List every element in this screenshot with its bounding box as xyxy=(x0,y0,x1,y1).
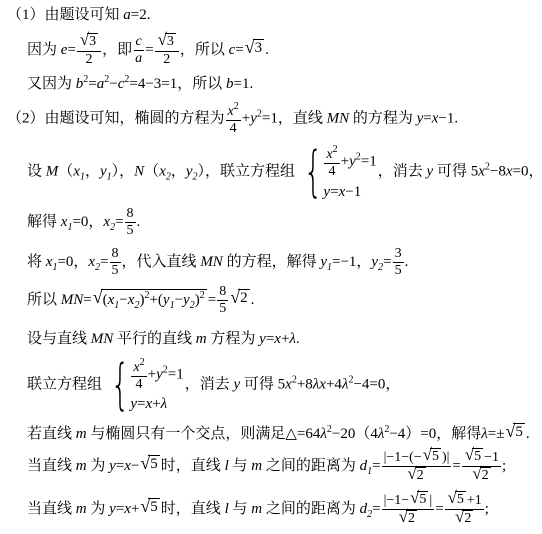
fraction: 85 xyxy=(217,284,228,317)
square-root: √3 xyxy=(80,33,98,50)
fraction-numerator: x2 xyxy=(324,144,339,164)
superscript: 2 xyxy=(200,290,205,301)
radical-sign-icon: √ xyxy=(410,490,419,507)
square-root: √3 xyxy=(158,33,176,50)
fraction: √32 xyxy=(77,33,101,68)
superscript: 2 xyxy=(140,357,145,368)
text-run: 2 xyxy=(417,468,424,483)
math-variable: d xyxy=(360,458,368,474)
math-variable: MN xyxy=(91,331,114,347)
math-variable: x xyxy=(274,331,281,347)
radical-sign-icon: √ xyxy=(472,466,481,483)
square-root: √5 xyxy=(140,455,159,473)
fraction-numerator: x2 xyxy=(131,357,146,377)
text-run: + xyxy=(148,367,156,383)
math-variable: M xyxy=(46,164,59,180)
text-run: =4−3=1，所以 xyxy=(129,76,226,92)
math-variable: y xyxy=(100,164,107,180)
solution-line-1: （1）由题设可知 a=2. xyxy=(4,6,540,24)
text-run: +( xyxy=(149,292,162,308)
text-run: . xyxy=(405,254,409,270)
math-variable: y xyxy=(163,292,170,308)
text-run: ; xyxy=(502,458,506,474)
solution-line-4: （2）由题设可知，椭圆的方程为x24+y2=1，直线 MN 的方程为 y=x−1… xyxy=(4,101,540,137)
math-variable: x xyxy=(478,164,485,180)
math-variable: x xyxy=(124,501,131,517)
text-run: = xyxy=(435,501,443,517)
fraction: √5+1√2 xyxy=(445,491,484,528)
superscript: 2 xyxy=(333,144,338,155)
text-run: . xyxy=(296,331,300,347)
solution-line-10: 联立方程组{x24+y2=1y=x+λ，消去 y 可得 5x2+8λx+4λ2−… xyxy=(4,357,540,413)
radical-sign-icon: √ xyxy=(140,497,150,515)
text-run: 为 xyxy=(87,501,110,517)
radical-sign-icon: √ xyxy=(505,422,515,440)
fraction: |−1−√5|√2 xyxy=(382,491,435,528)
text-run: （ xyxy=(144,164,159,180)
fraction: √5−1√2 xyxy=(462,448,501,485)
text-run: 的方程为 xyxy=(349,111,417,127)
text-run: =0， xyxy=(57,254,88,270)
fraction-numerator: |−1−(−√5)| xyxy=(382,448,452,467)
math-variable: d xyxy=(360,501,368,517)
math-variable: m xyxy=(251,458,262,474)
text-run: =−1， xyxy=(332,254,371,270)
text-run: = xyxy=(266,331,274,347)
fraction-numerator: 3 xyxy=(393,246,404,263)
text-run: 与椭圆只有一个交点，则满足△=64 xyxy=(87,426,321,442)
text-run: 5 xyxy=(150,456,158,472)
solution-line-13: 当直线 m 为 y=x+√5时，直线 l 与 m 之间的距离为 d2=|−1−√… xyxy=(4,491,540,528)
radical-sign-icon: √ xyxy=(407,466,416,483)
text-run: 方程为 xyxy=(207,331,260,347)
text-run: 5 xyxy=(515,424,523,440)
fraction: x24 xyxy=(131,357,146,393)
text-run: ），联立方程组 xyxy=(198,164,296,180)
fraction-denominator: a xyxy=(133,51,144,67)
text-run: +8 xyxy=(297,377,313,393)
text-run: ，消去 xyxy=(378,164,427,180)
text-run: − xyxy=(175,292,183,308)
text-run: −1 xyxy=(345,184,361,200)
text-run: −4=0， xyxy=(353,377,400,393)
fraction-numerator: √5−1 xyxy=(462,448,501,467)
fraction-denominator: √2 xyxy=(404,467,428,485)
equation-system: {x24+y2=1y=x+λ xyxy=(103,357,184,413)
text-run: −8 xyxy=(490,164,506,180)
solution-line-6: 解得 x1=0，x2=85. xyxy=(4,206,540,239)
text-run: ， xyxy=(171,164,186,180)
fraction-denominator: 5 xyxy=(110,263,121,279)
radical-sign-icon: √ xyxy=(140,454,150,472)
text-run: |−1− xyxy=(384,493,410,508)
equation-system-rows: x24+y2=1y=x−1 xyxy=(323,144,376,200)
text-run: =1，直线 xyxy=(262,111,327,127)
square-root: √5 xyxy=(140,498,159,516)
radical-sign-icon: √ xyxy=(158,32,167,49)
fraction-denominator: 5 xyxy=(217,301,228,317)
square-root: √(x1−x2)2+(y1−y2)2 xyxy=(93,289,207,312)
fraction-denominator: √2 xyxy=(469,467,493,485)
math-variable: a xyxy=(135,51,142,66)
text-run: = xyxy=(116,458,124,474)
text-run: . xyxy=(137,214,141,230)
text-run: ，消去 xyxy=(185,377,234,393)
math-variable: x xyxy=(159,164,166,180)
text-run: = xyxy=(83,292,91,308)
text-run: 3 xyxy=(167,34,174,49)
solution-line-5: 设 M（x1，y1），N（x2，y2），联立方程组{x24+y2=1y=x−1，… xyxy=(4,144,540,200)
text-run: 5 xyxy=(219,301,226,316)
text-run: 4 xyxy=(230,121,237,136)
math-variable: m xyxy=(196,331,207,347)
text-run: 3 xyxy=(89,34,96,49)
fraction-denominator: 4 xyxy=(327,164,338,180)
text-run: − xyxy=(119,292,127,308)
text-run: 5 xyxy=(474,449,481,464)
fraction-numerator: 8 xyxy=(125,206,136,223)
math-variable: x xyxy=(73,164,80,180)
math-variable: y xyxy=(109,458,116,474)
text-run: 5 xyxy=(127,223,134,238)
text-run: （ xyxy=(58,164,73,180)
text-run: = xyxy=(137,396,145,412)
text-run: 8 xyxy=(127,206,134,221)
text-run: 8 xyxy=(219,284,226,299)
square-root: √2 xyxy=(472,467,490,484)
math-variable: m xyxy=(251,501,262,517)
math-variable: y xyxy=(259,331,266,347)
equation-system-rows: x24+y2=1y=x+λ xyxy=(130,357,183,413)
text-run: 5 xyxy=(419,492,426,507)
fraction-denominator: √2 xyxy=(396,510,420,528)
text-run: 之间的距离为 xyxy=(262,501,360,517)
text-run: 联立方程组 xyxy=(27,377,102,393)
fraction-numerator: 8 xyxy=(217,284,228,301)
solution-line-2: 因为 e=√32，即ca=√32，所以 c=√3. xyxy=(4,33,540,68)
equation-row: y=x+λ xyxy=(130,395,167,413)
text-run: 又因为 xyxy=(27,76,76,92)
square-root: √2 xyxy=(407,467,425,484)
text-run: − xyxy=(131,458,139,474)
text-run: = xyxy=(452,458,460,474)
text-run: = xyxy=(116,501,124,517)
text-run: . xyxy=(265,42,269,58)
math-variable: y xyxy=(186,164,193,180)
text-run: = xyxy=(372,501,380,517)
text-run: ，即 xyxy=(102,42,132,58)
fraction-numerator: |−1−√5| xyxy=(382,491,435,510)
math-variable: a xyxy=(123,7,131,23)
fraction: |−1−(−√5)|√2 xyxy=(382,448,452,485)
text-run: 的方程，解得 xyxy=(223,254,321,270)
text-run: +4 xyxy=(326,377,342,393)
text-run: =0， xyxy=(513,164,542,180)
fraction-numerator: √3 xyxy=(155,33,179,52)
text-run: 2 xyxy=(482,468,489,483)
text-run: = xyxy=(100,254,108,270)
superscript: 2 xyxy=(234,101,239,112)
text-run: 解得 xyxy=(27,214,61,230)
text-run: =1. xyxy=(234,76,254,92)
radical-sign-icon: √ xyxy=(80,32,89,49)
square-root: √2 xyxy=(455,510,473,527)
text-run: + xyxy=(242,111,250,127)
text-run: 可得 5 xyxy=(240,377,285,393)
fraction-numerator: 8 xyxy=(110,246,121,263)
fraction-denominator: 2 xyxy=(84,52,95,68)
fraction-numerator: c xyxy=(134,34,144,51)
square-root: √5 xyxy=(423,448,441,465)
fraction: x24 xyxy=(324,144,339,180)
text-run: =2. xyxy=(131,7,151,23)
text-run: ，代入直线 xyxy=(122,254,201,270)
fraction-denominator: 5 xyxy=(125,223,136,239)
text-run: . xyxy=(251,292,255,308)
text-run: ; xyxy=(485,501,489,517)
text-run: = xyxy=(67,42,75,58)
text-run: =± xyxy=(488,426,505,442)
text-run: 2 xyxy=(240,290,248,306)
equation-row: x24+y2=1 xyxy=(130,357,183,393)
math-variable: y xyxy=(250,111,257,127)
fraction: 85 xyxy=(125,206,136,239)
solution-line-8: 所以 MN=√(x1−x2)2+(y1−y2)2=85√2. xyxy=(4,284,540,317)
math-variable: b xyxy=(226,76,234,92)
radicand: (x1−x2)2+(y1−y2)2 xyxy=(101,289,207,312)
math-variable: MN xyxy=(61,292,84,308)
radical-sign-icon: √ xyxy=(93,288,103,306)
text-run: 5 xyxy=(150,499,158,515)
text-run: （2）由题设可知，椭圆的方程为 xyxy=(7,111,225,127)
text-run: = xyxy=(88,76,96,92)
math-variable: λ xyxy=(161,396,168,412)
text-run: ）， xyxy=(112,164,135,180)
text-run: . xyxy=(526,426,530,442)
text-run: 2 xyxy=(86,52,93,67)
text-run: 3 xyxy=(255,40,263,56)
math-variable: x xyxy=(506,164,513,180)
fraction: 85 xyxy=(110,246,121,279)
square-root: √3 xyxy=(245,39,264,57)
fraction-denominator: √2 xyxy=(452,510,476,528)
solution-line-3: 又因为 b2=a2−c2=4−3=1，所以 b=1. xyxy=(4,74,540,93)
fraction: ca xyxy=(133,34,144,67)
fraction-numerator: x2 xyxy=(226,101,241,121)
text-run: 若直线 xyxy=(27,426,76,442)
text-run: 将 xyxy=(27,254,46,270)
text-run: 5 xyxy=(432,449,439,464)
equation-row: x24+y2=1 xyxy=(323,144,376,180)
text-run: 2 xyxy=(408,511,415,526)
math-variable: m xyxy=(76,501,87,517)
solution-line-11: 若直线 m 与椭圆只有一个交点，则满足△=64λ2−20（4λ2−4）=0，解得… xyxy=(4,423,540,443)
left-brace-icon: { xyxy=(111,358,130,412)
solution-line-12: 当直线 m 为 y=x−√5时，直线 l 与 m 之间的距离为 d1=|−1−(… xyxy=(4,448,540,485)
math-variable: c xyxy=(136,34,142,49)
text-run: |−1−(− xyxy=(384,450,422,465)
text-run: 与 xyxy=(229,458,252,474)
text-run: = xyxy=(145,42,153,58)
square-root: √2 xyxy=(399,510,417,527)
math-variable: N xyxy=(134,164,144,180)
text-run: = xyxy=(208,292,216,308)
text-run: 与 xyxy=(229,501,252,517)
text-run: 时，直线 xyxy=(161,458,225,474)
text-run: = xyxy=(372,458,380,474)
radical-sign-icon: √ xyxy=(423,447,432,464)
text-run: 4 xyxy=(135,377,142,392)
fraction-denominator: 4 xyxy=(133,377,144,393)
text-run: 当直线 xyxy=(27,458,76,474)
text-run: =0， xyxy=(72,214,103,230)
text-run: 5 xyxy=(112,263,119,278)
math-variable: y xyxy=(183,292,190,308)
equation-system: {x24+y2=1y=x−1 xyxy=(296,144,377,200)
math-variable: m xyxy=(76,458,87,474)
text-run: +1 xyxy=(467,493,482,508)
fraction: √32 xyxy=(155,33,179,68)
math-variable: y xyxy=(320,254,327,270)
math-variable: m xyxy=(76,426,87,442)
text-run: 之间的距离为 xyxy=(262,458,360,474)
text-run: 可得 5 xyxy=(433,164,478,180)
square-root: √5 xyxy=(410,491,428,508)
text-run: =1 xyxy=(168,367,184,383)
text-run: 3 xyxy=(395,246,402,261)
text-run: −4）=0，解得 xyxy=(389,426,481,442)
text-run: 4 xyxy=(329,164,336,179)
math-variable: MN xyxy=(200,254,223,270)
text-run: −20（4 xyxy=(332,426,378,442)
text-run: + xyxy=(341,154,349,170)
square-root: √2 xyxy=(230,289,249,307)
radical-sign-icon: √ xyxy=(245,38,255,56)
math-variable: MN xyxy=(327,111,350,127)
text-run: −1. xyxy=(438,111,458,127)
square-root: √5 xyxy=(448,491,466,508)
text-run: ，所以 xyxy=(180,42,229,58)
text-run: )| xyxy=(442,450,449,465)
equation-row: y=x−1 xyxy=(323,183,361,201)
left-brace-icon: { xyxy=(304,145,323,199)
text-run: | xyxy=(429,493,432,508)
text-run: 5 xyxy=(457,492,464,507)
text-run: 时，直线 xyxy=(161,501,225,517)
math-variable: x xyxy=(124,458,131,474)
text-run: 设 xyxy=(27,164,46,180)
text-run: 设与直线 xyxy=(27,331,91,347)
text-run: （1）由题设可知 xyxy=(7,7,123,23)
radical-sign-icon: √ xyxy=(465,447,474,464)
math-variable: x xyxy=(285,377,292,393)
text-run: = xyxy=(330,184,338,200)
text-run: 5 xyxy=(395,263,402,278)
text-run: =1 xyxy=(361,154,377,170)
text-run: 2 xyxy=(163,52,170,67)
fraction-numerator: √5+1 xyxy=(445,491,484,510)
text-run: = xyxy=(383,254,391,270)
text-run: = xyxy=(235,42,243,58)
text-run: + xyxy=(131,501,139,517)
text-run: 平行的直线 xyxy=(113,331,196,347)
math-variable: x xyxy=(319,377,326,393)
text-run: ， xyxy=(85,164,100,180)
text-run: = xyxy=(423,111,431,127)
solution-line-9: 设与直线 MN 平行的直线 m 方程为 y=x+λ. xyxy=(4,330,540,348)
text-run: + xyxy=(152,396,160,412)
square-root: √5 xyxy=(465,448,483,465)
radical-sign-icon: √ xyxy=(448,490,457,507)
solution-line-7: 将 x1=0，x2=85，代入直线 MN 的方程，解得 y1=−1，y2=35. xyxy=(4,246,540,279)
radical-sign-icon: √ xyxy=(230,288,240,306)
math-variable: y xyxy=(109,501,116,517)
radical-sign-icon: √ xyxy=(455,509,464,526)
math-variable: y xyxy=(349,154,356,170)
text-run: 为 xyxy=(87,458,110,474)
fraction-denominator: 5 xyxy=(393,263,404,279)
math-solution-document: （1）由题设可知 a=2.因为 e=√32，即ca=√32，所以 c=√3.又因… xyxy=(0,0,542,534)
text-run: −1 xyxy=(484,450,499,465)
fraction-numerator: √3 xyxy=(77,33,101,52)
radical-sign-icon: √ xyxy=(399,509,408,526)
text-run: 因为 xyxy=(27,42,61,58)
math-variable: y xyxy=(156,367,163,383)
fraction-denominator: 2 xyxy=(161,52,172,68)
text-run: − xyxy=(109,76,117,92)
text-run: = xyxy=(115,214,123,230)
text-run: 8 xyxy=(112,246,119,261)
text-run: 当直线 xyxy=(27,501,76,517)
fraction-denominator: 4 xyxy=(228,121,239,137)
text-run: 2 xyxy=(464,511,471,526)
fraction: x24 xyxy=(226,101,241,137)
square-root: √5 xyxy=(505,423,524,441)
text-run: 所以 xyxy=(27,292,61,308)
fraction: 35 xyxy=(393,246,404,279)
